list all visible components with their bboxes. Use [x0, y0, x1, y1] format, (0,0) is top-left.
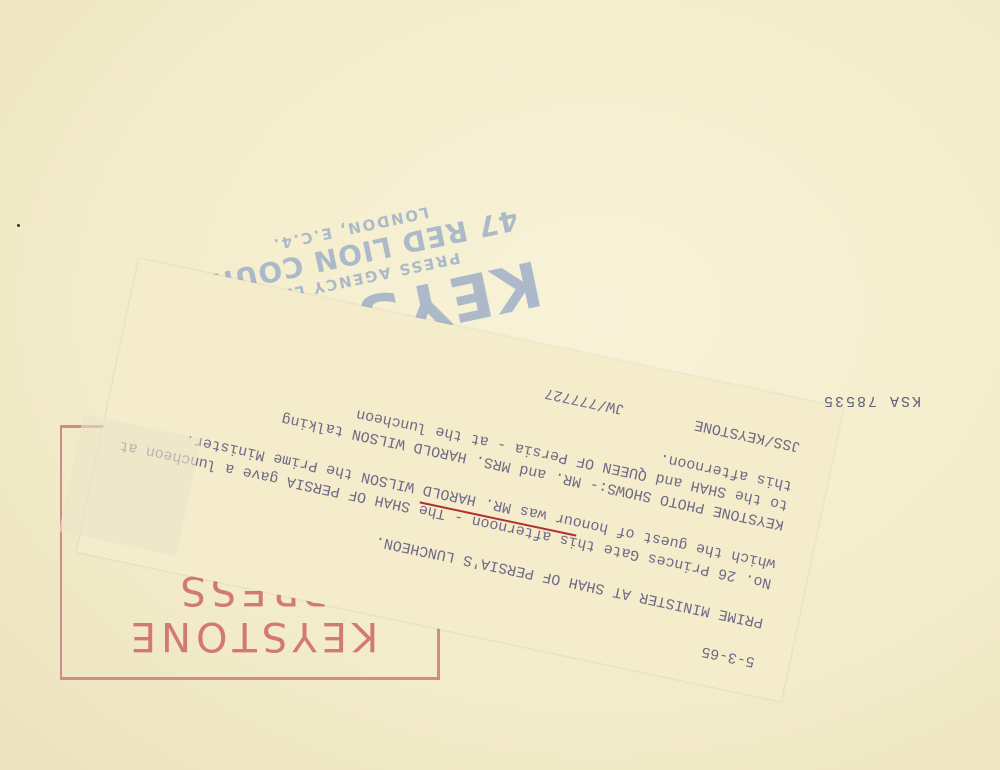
speck — [17, 224, 20, 227]
archive-code: KSA 78535 — [822, 392, 921, 409]
tape — [59, 414, 201, 556]
